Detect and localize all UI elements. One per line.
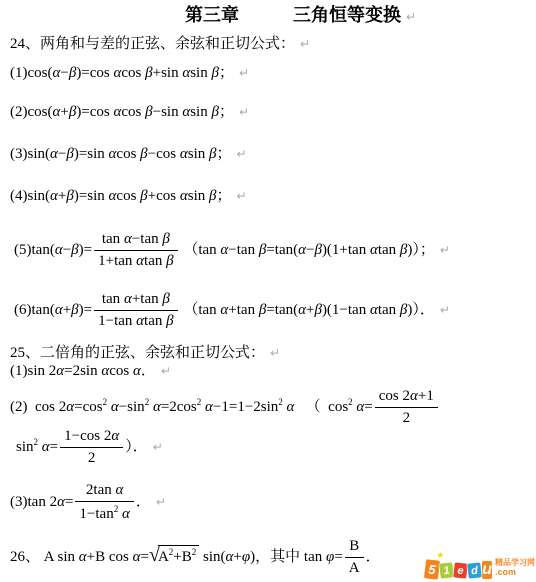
text-run: 1−tan [98,313,136,329]
math-symbol: β [145,104,152,120]
formula-24-5: (5)tan(α−β)=tan α−tan β1+tan αtan β （tan… [14,231,450,271]
text-run: sin [16,439,34,455]
paragraph-mark: ↵ [237,189,247,203]
fraction: 1−cos 2α2 [60,428,123,468]
math-symbol: α [153,399,161,415]
math-symbol: α [124,291,132,307]
text-run: 26、 A sin [10,549,79,565]
text-run: 2 [403,410,411,426]
text-run: +B [173,549,191,565]
text-run: tan [378,302,400,318]
text-run: (1)cos( [10,65,52,81]
text-run: cos 2 [379,388,410,404]
text-run: −sin [153,104,183,120]
text-run: cos [116,146,140,162]
math-symbol: β [162,291,169,307]
title: 第三章 三角恒等变换↵ [185,4,416,27]
math-symbol: β [140,188,147,204]
math-symbol: α [370,302,378,318]
text-run: tan [304,549,326,565]
text-run: 24、两角和与差的正弦、余弦和正切公式： [10,36,295,52]
text-run: + [60,104,68,120]
math-symbol: α [133,363,141,379]
paragraph-mark: ↵ [406,10,416,24]
text-run: +tan [228,302,259,318]
text-run: )=cos [76,104,113,120]
text-run: cos [121,104,145,120]
math-symbol: α [79,549,87,565]
text-run: )= [79,302,92,318]
sqrt-expression: √A2+B2 [149,549,199,565]
text-run: −tan [132,231,163,247]
text-run: )=sin [74,188,109,204]
fraction: 2tan α1−tan2 α [75,482,133,524]
logo-letter-tile: 1 [439,562,453,578]
superscript: 2 [192,547,197,557]
paragraph-mark: ↵ [239,66,249,80]
text-run: （tan [180,242,221,258]
text-run: +cos [148,188,180,204]
text-run: )=sin [74,146,109,162]
math-symbol: α [205,399,213,415]
text-run: tan [378,242,400,258]
math-symbol: α [136,313,144,329]
text-run: A [158,549,169,565]
text-run: cos [121,65,145,81]
text-run: =cos [74,399,102,415]
text-run: =2sin [64,363,101,379]
math-symbol: β [66,188,73,204]
formula-25-3: (3)tan 2α=2tan α1−tan2 α．↵ [10,482,166,524]
star-icon: ★ [436,551,444,560]
math-symbol: β [140,146,147,162]
text-run: =tan( [266,302,298,318]
math-symbol: α [111,428,119,444]
math-symbol: α [57,494,65,510]
text-run: )(1−tan [322,302,370,318]
text-run: )= [79,242,92,258]
text-run: 2tan [86,482,116,498]
logo-letter-tile: 5 [424,559,440,580]
text-run: ，其中 [255,549,304,565]
fraction: cos 2α+12 [375,388,438,428]
text-run: sin [190,104,211,120]
text-run: 1−cos 2 [64,428,111,444]
formula-25-2b: sin2 α=1−cos 2α2）．↵ [16,428,163,468]
math-symbol: α [370,242,378,258]
text-run: sin [188,188,209,204]
formula-24-3: (3)sin(α−β)=sin αcos β−cos αsin β；↵ [10,145,247,164]
text-run: = [364,399,372,415]
formula-25-2: (2) cos 2α=cos2 α−sin2 α=2cos2 α−1=1−2si… [10,388,440,428]
text-run: (4)sin( [10,188,50,204]
math-symbol: β [71,242,78,258]
fraction: BA [345,538,364,578]
text-run: tan [102,291,124,307]
text-run: + [233,549,241,565]
math-symbol: φ [242,549,250,565]
math-symbol: α [56,363,64,379]
text-run: − [60,65,68,81]
text-run: sin [188,146,209,162]
text-run: sin [190,65,211,81]
text-run: ． [366,549,381,565]
text-run: + [63,302,71,318]
text-run: A [349,560,360,576]
math-symbol: α [42,439,50,455]
text-run: )）； [407,242,435,258]
math-symbol: α [50,146,58,162]
text-run: =tan( [266,242,298,258]
math-symbol: β [66,146,73,162]
document-page: { "watermark": { "letters": [ {"ch": "5"… [0,0,536,582]
formula-24-1: (1)cos(α−β)=cos αcos β+sin αsin β；↵ [10,64,249,83]
math-symbol: β [209,146,216,162]
math-symbol: α [50,188,58,204]
text-run: −sin [119,399,145,415]
formula-25-1: (1)sin 2α=2sin αcos α．↵ [10,362,171,381]
text-run: (3)tan 2 [10,494,57,510]
math-symbol: α [410,388,418,404]
text-run: cos [109,363,133,379]
text-run: −tan [228,242,259,258]
text-run: tan [144,313,166,329]
math-symbol: α [122,506,130,522]
text-run: = [65,494,73,510]
math-symbol: β [211,104,218,120]
text-run: +1 [418,388,434,404]
math-symbol: β [166,313,173,329]
paragraph-mark: ↵ [237,147,247,161]
math-symbol: α [115,482,123,498]
text-run: 25、二倍角的正弦、余弦和正切公式： [10,345,265,361]
text-run: (2) cos 2 [10,399,66,415]
math-symbol: α [111,399,119,415]
text-run: 1−tan [79,506,113,522]
text-run: =2cos [161,399,197,415]
text-run: +tan [132,291,163,307]
fraction: tan α−tan β1+tan αtan β [94,231,177,271]
math-symbol: β [314,242,321,258]
text-run: +sin [153,65,183,81]
heading-25: 25、二倍角的正弦、余弦和正切公式：↵ [10,344,280,363]
text-run: （ cos [294,399,348,415]
text-run: （tan [180,302,221,318]
text-run: ； [219,65,234,81]
text-run: −1=1−2sin [213,399,278,415]
text-run: sin( [199,549,225,565]
text-run: ； [217,146,232,162]
math-symbol: β [145,65,152,81]
text-run: ． [136,494,151,510]
logo-letter-tile: e [453,562,467,578]
logo-letter-tile: u [482,561,492,579]
text-run: (6)tan( [14,302,55,318]
heading-24: 24、两角和与差的正弦、余弦和正切公式：↵ [10,35,310,54]
paragraph-mark: ↵ [161,364,171,378]
text-run: (2)cos( [10,104,52,120]
math-symbol: β [209,188,216,204]
text-run: ； [217,188,232,204]
text-run: 1+tan [98,253,136,269]
math-symbol: β [211,65,218,81]
logo-letter-tile: d [467,562,481,578]
math-symbol: α [298,242,306,258]
text-run: (1)sin 2 [10,363,56,379]
text-run: 2 [88,450,96,466]
text-run: ）． [125,439,148,455]
math-symbol: α [66,399,74,415]
math-symbol: α [136,253,144,269]
math-symbol: α [55,302,63,318]
math-symbol: α [298,302,306,318]
paragraph-mark: ↵ [440,303,450,317]
text-run: cos [116,188,140,204]
math-symbol: α [124,231,132,247]
formula-26: 26、 A sin α+B cos α=√A2+B2 sin(α+φ)，其中 t… [10,538,381,578]
paragraph-mark: ↵ [156,495,166,509]
math-symbol: β [166,253,173,269]
text-run: 第三章 三角恒等变换 [185,5,401,25]
text-run: )(1+tan [322,242,370,258]
text-run: tan [144,253,166,269]
logo-text-column: 精品学习网 .com [495,559,535,579]
text-run: B [349,538,359,554]
formula-24-6: (6)tan(α+β)=tan α+tan β1−tan αtan β （tan… [14,291,450,331]
text-run: − [63,242,71,258]
paragraph-mark: ↵ [300,37,310,51]
text-run: )=cos [76,65,113,81]
formula-24-2: (2)cos(α+β)=cos αcos β−sin αsin β；↵ [10,103,249,122]
text-run: −cos [148,146,180,162]
text-run: = [50,439,58,455]
document-body: 第三章 三角恒等变换↵24、两角和与差的正弦、余弦和正切公式：↵(1)cos(α… [0,0,536,582]
radicand: A2+B2 [158,545,199,567]
fraction: tan α+tan β1−tan αtan β [94,291,177,331]
math-symbol: β [162,231,169,247]
text-run: tan [102,231,124,247]
math-symbol: α [180,188,188,204]
logo-tiles: ★ 51edu [424,560,492,579]
math-symbol: α [55,242,63,258]
text-run: +B cos [87,549,133,565]
paragraph-mark: ↵ [270,346,280,360]
text-run: ； [219,104,234,120]
text-run: (3)sin( [10,146,50,162]
math-symbol: β [314,302,321,318]
paragraph-mark: ↵ [239,105,249,119]
paragraph-mark: ↵ [440,243,450,257]
watermark-logo: ★ 51edu 精品学习网 .com [424,559,535,579]
math-symbol: β [71,302,78,318]
site-domain: .com [495,568,535,578]
text-run: )）． [407,302,435,318]
math-symbol: α [180,146,188,162]
paragraph-mark: ↵ [153,440,163,454]
text-run: = [334,549,342,565]
formula-24-4: (4)sin(α+β)=sin αcos β+cos αsin β；↵ [10,187,247,206]
text-run: (5)tan( [14,242,55,258]
text-run: = [140,549,148,565]
text-run: ． [141,363,156,379]
